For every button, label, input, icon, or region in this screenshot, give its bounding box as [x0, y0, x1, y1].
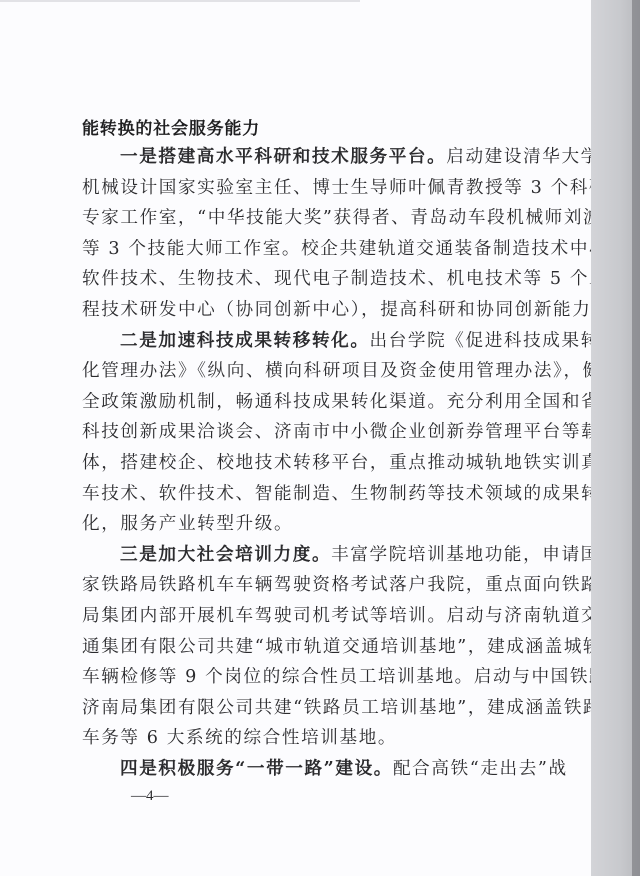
paragraph-3-line-1: 三是加大社会培训力度。丰富学院培训基地功能，申请国: [82, 540, 572, 571]
paragraph-1-line: 专家工作室，“中华技能大奖”获得者、青岛动车段机械师刘波: [82, 203, 572, 234]
paragraph-3-line: 通集团有限公司共建“城市轨道交通培训基地”，建成涵盖城轨: [82, 632, 572, 663]
paragraph-3-lead: 三是加大社会培训力度。: [120, 544, 331, 565]
document-page: 能转换的社会服务能力 一是搭建高水平科研和技术服务平台。启动建设清华大学 机械设…: [0, 0, 591, 876]
scan-top-edge: [0, 0, 360, 2]
section-heading: 能转换的社会服务能力: [82, 116, 572, 142]
paragraph-4-lead: 四是积极服务“一带一路”建设。: [120, 758, 393, 779]
paragraph-3-line: 家铁路局铁路机车车辆驾驶资格考试落户我院，重点面向铁路: [82, 570, 572, 601]
paragraph-3-line: 局集团内部开展机车驾驶司机考试等培训。启动与济南轨道交: [82, 601, 572, 632]
paragraph-1-line-1: 一是搭建高水平科研和技术服务平台。启动建设清华大学: [82, 142, 572, 173]
paragraph-2-line: 化，服务产业转型升级。: [82, 509, 572, 540]
paragraph-1-lead: 一是搭建高水平科研和技术服务平台。: [120, 146, 446, 167]
paragraph-1-line: 机械设计国家实验室主任、博士生导师叶佩青教授等 3 个科研: [82, 173, 572, 204]
document-body: 能转换的社会服务能力 一是搭建高水平科研和技术服务平台。启动建设清华大学 机械设…: [82, 116, 572, 784]
paragraph-4-line-1: 四是积极服务“一带一路”建设。配合高铁“走出去”战: [82, 754, 572, 785]
paragraph-2-line: 全政策激励机制，畅通科技成果转化渠道。充分利用全国和省: [82, 387, 572, 418]
paragraph-3-line: 车务等 6 大系统的综合性培训基地。: [82, 723, 572, 754]
paragraph-1-line: 程技术研发中心（协同创新中心），提高科研和协同创新能力。: [82, 295, 572, 326]
scan-edge-shadow: [632, 0, 640, 876]
paragraph-2-line: 体，搭建校企、校地技术转移平台，重点推动城轨地铁实训真: [82, 448, 572, 479]
paragraph-3-line: 车辆检修等 9 个岗位的综合性员工培训基地。启动与中国铁路: [82, 662, 572, 693]
paragraph-2-line: 车技术、软件技术、智能制造、生物制药等技术领域的成果转: [82, 479, 572, 510]
paragraph-2-lead: 二是加速科技成果转移转化。: [120, 330, 370, 351]
paragraph-3-line: 济南局集团有限公司共建“铁路员工培训基地”，建成涵盖铁路: [82, 693, 572, 724]
paragraph-2-line: 化管理办法》《纵向、横向科研项目及资金使用管理办法》，健: [82, 356, 572, 387]
paragraph-1-line: 等 3 个技能大师工作室。校企共建轨道交通装备制造技术中心、: [82, 234, 572, 265]
paragraph-2-line-1: 二是加速科技成果转移转化。出台学院《促进科技成果转: [82, 326, 572, 357]
paragraph-2-line: 科技创新成果洽谈会、济南市中小微企业创新券管理平台等载: [82, 417, 572, 448]
paragraph-1-line: 软件技术、生物技术、现代电子制造技术、机电技术等 5 个工: [82, 264, 572, 295]
page-number: —4—: [131, 788, 169, 805]
